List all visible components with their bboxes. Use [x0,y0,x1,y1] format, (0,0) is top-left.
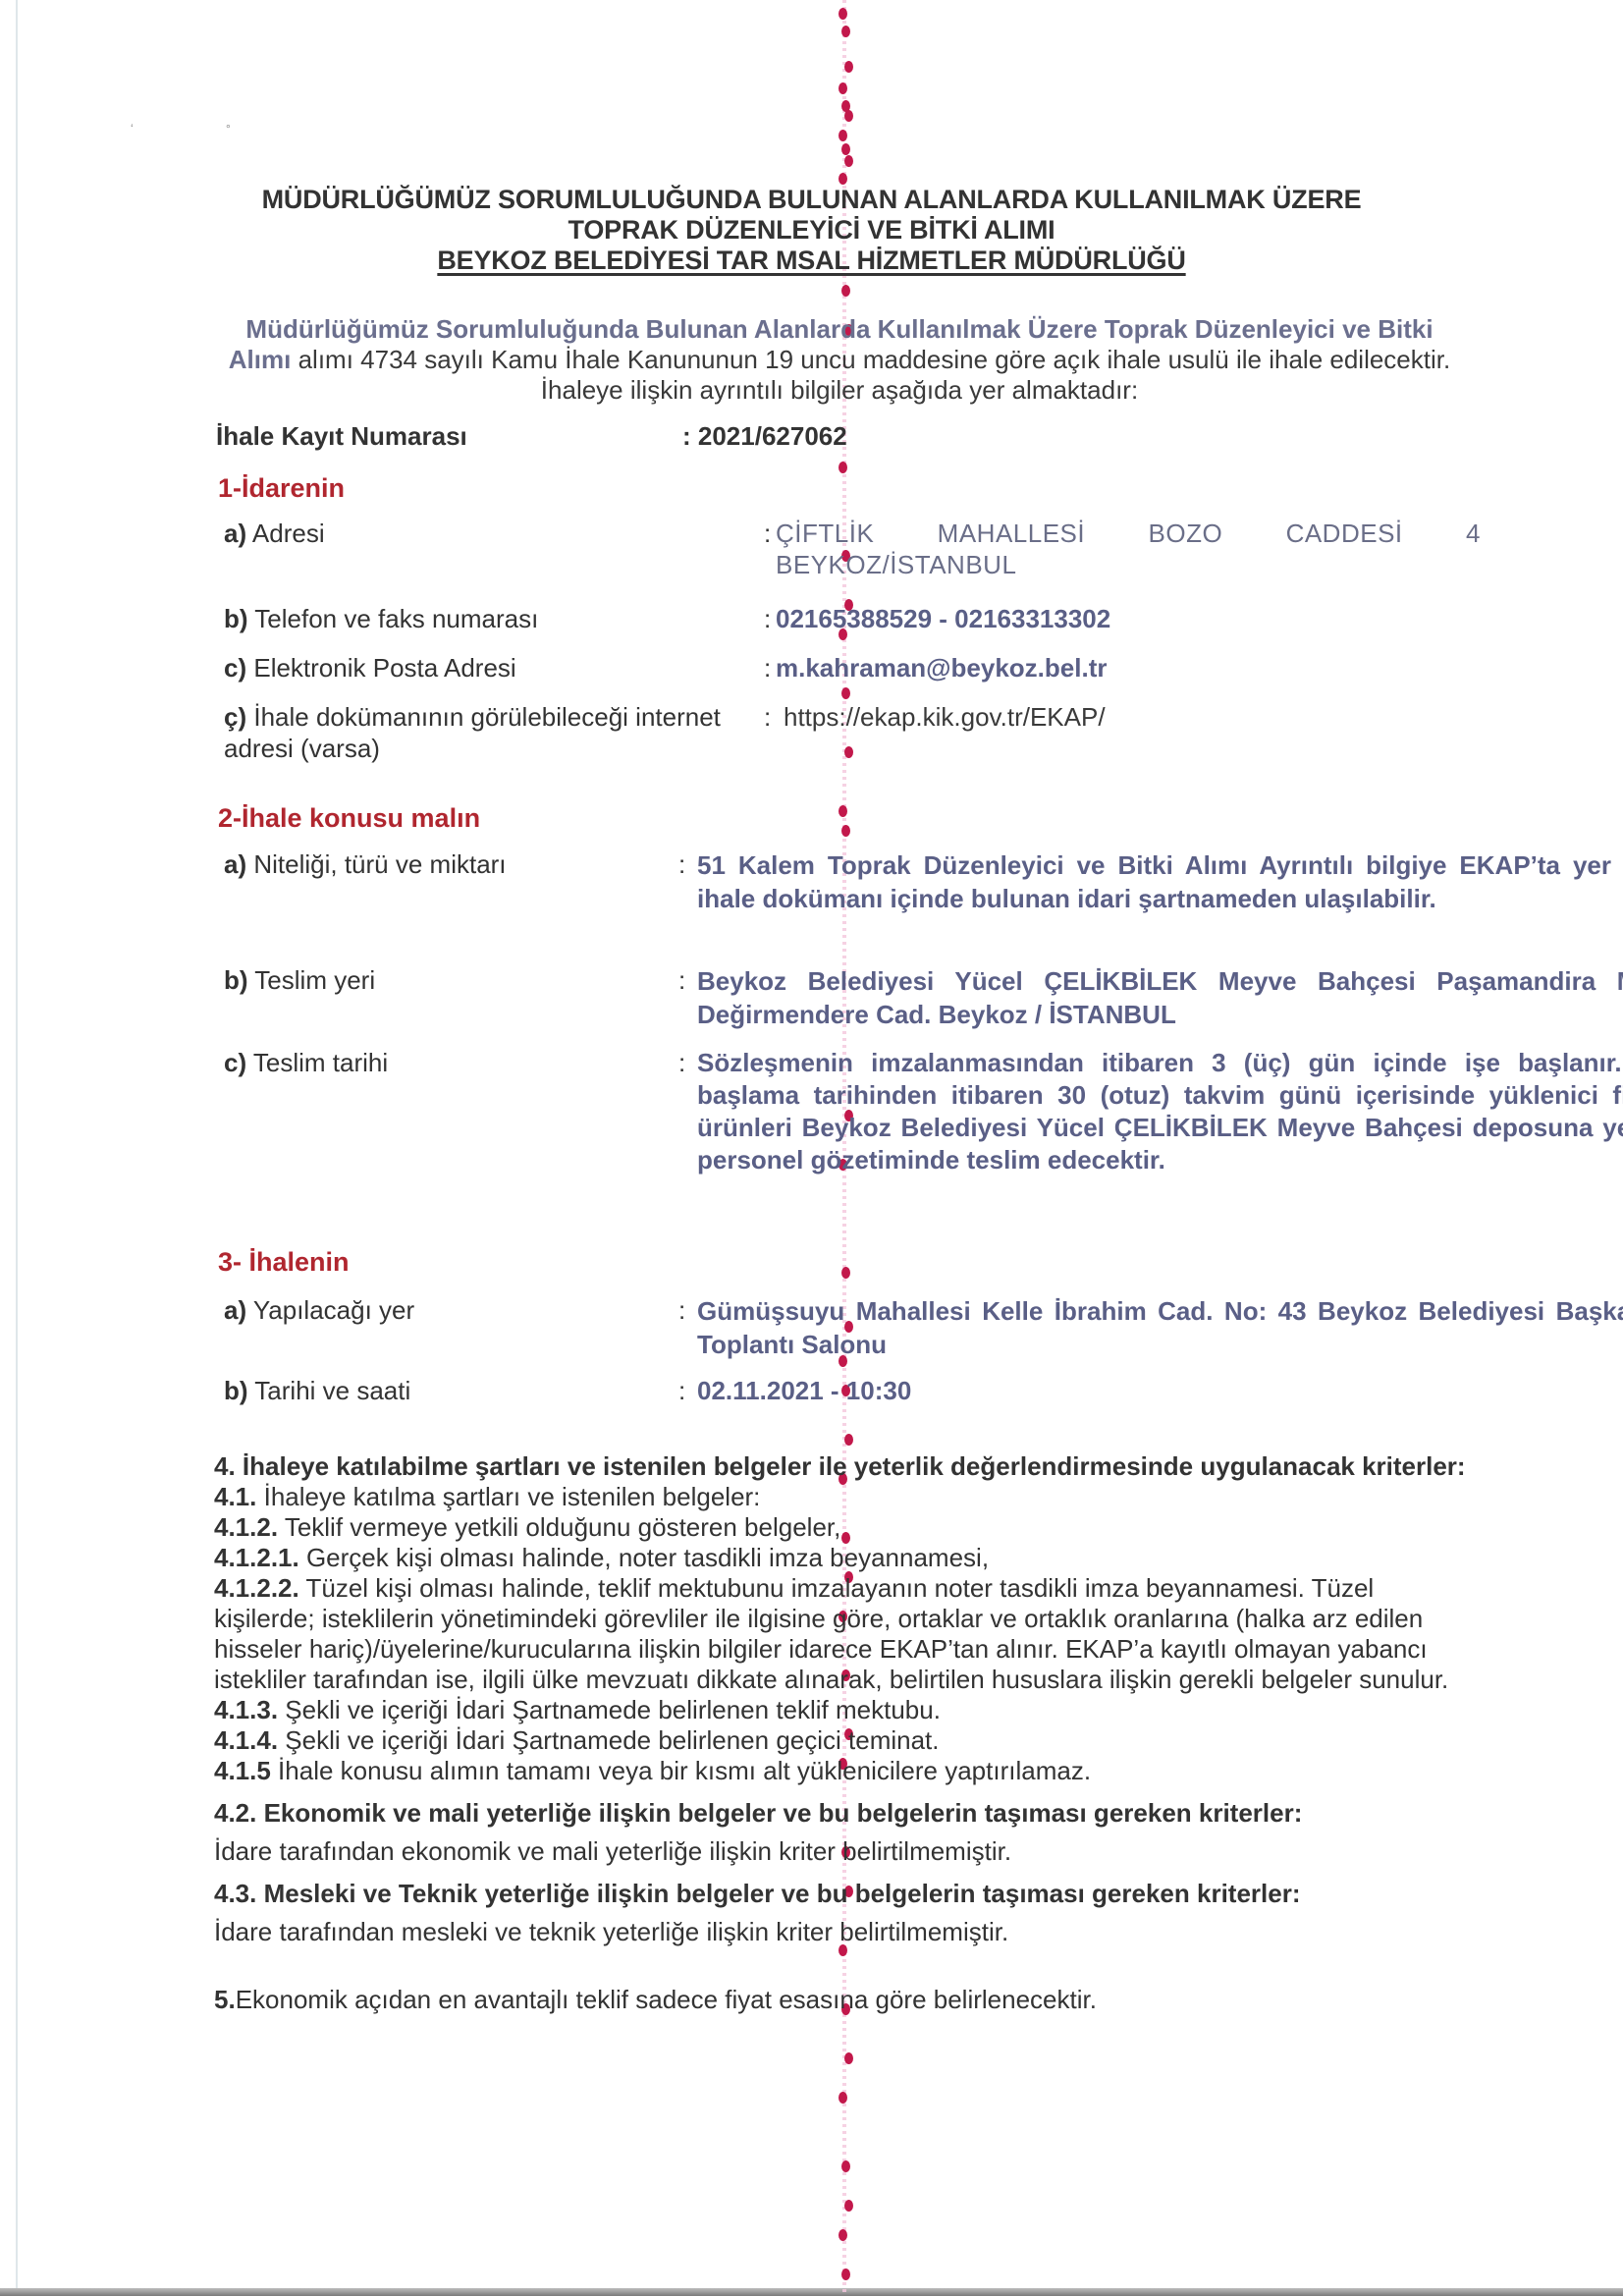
separator: : [764,518,771,549]
criteria-text: İhale konusu alımın tamamı veya bir kısm… [271,1756,1091,1785]
section-4-lines: 4.1. İhaleye katılma şartları ve istenil… [214,1482,1471,1786]
stamp-dot [839,805,847,817]
criteria-line: 4.1.2.1. Gerçek kişi olması halinde, not… [214,1543,1471,1573]
internet-label-2: adresi (varsa) [224,734,380,763]
phone-value: 02165388529 - 02163313302 [776,603,1110,634]
stamp-dot [844,1434,853,1446]
phone-label: Telefon ve faks numarası [248,604,539,633]
internet-row: ç) İhale dokümanının görülebileceği inte… [224,701,1461,770]
delivery-place-label: Teslim yeri [248,965,376,995]
nature-row: a) Niteliği, türü ve miktarı : 51 Kalem … [224,848,1461,957]
criteria-number: 4.1. [214,1482,256,1511]
venue-value: Gümüşsuyu Mahallesi Kelle İbrahim Cad. N… [697,1294,1623,1361]
delivery-place-row: b) Teslim yeri : Beykoz Belediyesi Yücel… [224,964,1461,1033]
separator: : [764,701,771,733]
stamp-dot [839,8,847,20]
registry-row: İhale Kayıt Numarası : 2021/627062 [216,420,1473,454]
title-line-2: TOPRAK DÜZENLEYİCİ VE BİTKİ ALIMI [0,215,1623,246]
nature-value: 51 Kalem Toprak Düzenleyici ve Bitki Alı… [697,848,1623,915]
phone-row: b) Telefon ve faks numarası : 0216538852… [224,603,1461,636]
stamp-dot [841,687,850,699]
title-line-3: BEYKOZ BELEDİYESİ TAR MSAL HİZMETLER MÜD… [437,246,1185,275]
section-4-heading: 4. İhaleye katılabilme şartları ve isten… [214,1451,1471,1482]
separator: : [678,964,685,996]
criteria-line: 4.1.2.2. Tüzel kişi olması halinde, tekl… [214,1573,1471,1695]
stamp-dot [841,1267,850,1279]
separator: : [678,1375,685,1406]
criteria-text: Gerçek kişi olması halinde, noter tasdik… [299,1543,989,1572]
intro-paragraph: Müdürlüğümüz Sorumluluğunda Bulunan Alan… [216,314,1463,406]
address-row: a) Adresi : ÇİFTLİK MAHALLESİ BOZO CADDE… [224,518,1461,586]
email-row: c) Elektronik Posta Adresi : m.kahraman@… [224,652,1461,685]
scan-speck: ʻ [131,122,134,136]
criteria-text: Şekli ve içeriği İdari Şartnamede belirl… [278,1695,941,1724]
item-key: a) [224,849,246,879]
stamp-dot [841,26,850,37]
stamp-dot [844,110,853,122]
item-key: a) [224,1295,246,1325]
stamp-dot [839,2092,847,2104]
criteria-number: 4.1.2.1. [214,1543,299,1572]
internet-value[interactable]: https://ekap.kik.gov.tr/EKAP/ [784,701,1106,733]
criteria-number: 4.1.5 [214,1756,271,1785]
venue-label: Yapılacağı yer [246,1295,414,1325]
economic-heading: 4.2. Ekonomik ve mali yeterliğe ilişkin … [214,1798,1471,1829]
section-4: 4. İhaleye katılabilme şartları ve isten… [214,1451,1471,2015]
economic-text: İdare tarafından ekonomik ve mali yeterl… [214,1836,1471,1867]
stamp-dot [844,2200,853,2212]
section-2-heading: 2-İhale konusu malın [218,803,480,834]
stamp-dot [841,285,850,297]
registry-value: : 2021/627062 [682,420,847,452]
nature-label: Niteliği, türü ve miktarı [246,849,506,879]
stamp-dot [839,2229,847,2241]
item-key: a) [224,519,246,548]
section-5: 5.Ekonomik açıdan en avantajlı teklif sa… [214,1985,1471,2015]
title-line-1: MÜDÜRLÜĞÜMÜZ SORUMLULUĞUNDA BULUNAN ALAN… [0,185,1623,215]
criteria-number: 4.1.2. [214,1512,278,1542]
datetime-label: Tarihi ve saati [248,1376,411,1405]
item-key: c) [224,653,246,683]
section-3-heading: 3- İhalenin [218,1247,350,1278]
stamp-dot [839,462,847,473]
criteria-line: 4.1.3. Şekli ve içeriği İdari Şartnamede… [214,1695,1471,1725]
separator: : [764,652,771,683]
intro-text: alımı 4734 sayılı Kamu İhale Kanununun 1… [291,345,1450,405]
technical-text: İdare tarafından mesleki ve teknik yeter… [214,1917,1471,1947]
section-5-num: 5. [214,1985,236,2014]
stamp-dot [841,2269,850,2280]
separator: : [678,1047,685,1078]
delivery-date-row: c) Teslim tarihi : Sözleşmenin imzalanma… [224,1047,1461,1214]
stamp-dot [839,82,847,94]
registry-label: İhale Kayıt Numarası [216,420,467,452]
stamp-dot [841,2160,850,2172]
stamp-dot [844,2052,853,2064]
stamp-dot [844,155,853,167]
criteria-text: Şekli ve içeriği İdari Şartnamede belirl… [278,1725,939,1755]
item-key: b) [224,965,248,995]
criteria-number: 4.1.3. [214,1695,278,1724]
criteria-text: Teklif vermeye yetkili olduğunu gösteren… [278,1512,840,1542]
scan-page-edge [16,0,18,2288]
criteria-line: 4.1.2. Teklif vermeye yetkili olduğunu g… [214,1512,1471,1543]
criteria-number: 4.1.4. [214,1725,278,1755]
item-key: b) [224,604,248,633]
criteria-text: Tüzel kişi olması halinde, teklif mektub… [214,1573,1448,1694]
criteria-line: 4.1.4. Şekli ve içeriği İdari Şartnamede… [214,1725,1471,1756]
address-label: Adresi [246,519,325,548]
separator: : [678,848,685,880]
address-value: ÇİFTLİK MAHALLESİ BOZO CADDESİ 4 BEYKOZ/… [776,518,1481,580]
separator: : [678,1294,685,1326]
email-value[interactable]: m.kahraman@beykoz.bel.tr [776,652,1107,683]
section-5-text: Ekonomik açıdan en avantajlı teklif sade… [236,1985,1097,2014]
section-1-heading: 1-İdarenin [218,473,345,504]
scan-bottom-edge [0,2288,1623,2296]
item-key: ç) [224,702,246,732]
delivery-date-label: Teslim tarihi [246,1048,388,1077]
item-key: c) [224,1048,246,1077]
document-title: MÜDÜRLÜĞÜMÜZ SORUMLULUĞUNDA BULUNAN ALAN… [0,185,1623,276]
separator: : [764,603,771,634]
technical-heading: 4.3. Mesleki ve Teknik yeterliğe ilişkin… [214,1879,1471,1909]
internet-label: İhale dokümanının görülebileceği interne… [246,702,721,732]
criteria-line: 4.1. İhaleye katılma şartları ve istenil… [214,1482,1471,1512]
scan-speck: ° [226,122,231,136]
datetime-row: b) Tarihi ve saati : 02.11.2021 - 10:30 [224,1375,1461,1408]
criteria-text: İhaleye katılma şartları ve istenilen be… [256,1482,760,1511]
item-key: b) [224,1376,248,1405]
criteria-line: 4.1.5 İhale konusu alımın tamamı veya bi… [214,1756,1471,1786]
stamp-dot [839,173,847,185]
criteria-number: 4.1.2.2. [214,1573,299,1603]
delivery-place-value: Beykoz Belediyesi Yücel ÇELİKBİLEK Meyve… [697,964,1623,1031]
stamp-dot [839,130,847,141]
stamp-dot [841,143,850,155]
email-label: Elektronik Posta Adresi [246,653,516,683]
venue-row: a) Yapılacağı yer : Gümüşsuyu Mahallesi … [224,1294,1461,1363]
stamp-dot [841,825,850,837]
stamp-dot [844,61,853,73]
datetime-value: 02.11.2021 - 10:30 [697,1375,911,1406]
delivery-date-value: Sözleşmenin imzalanmasından itibaren 3 (… [697,1047,1623,1176]
